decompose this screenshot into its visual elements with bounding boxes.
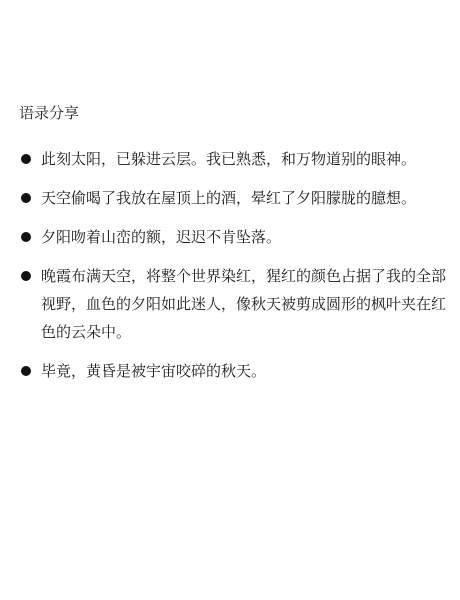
quote-item: 毕竟，黄昏是被宇宙咬碎的秋天。 <box>19 357 449 385</box>
quote-item: 晚霞布满天空，将整个世界染红，猩红的颜色占据了我的全部视野，血色的夕阳如此迷人，… <box>19 262 449 346</box>
quote-item: 天空偷喝了我放在屋顶上的酒，晕红了夕阳朦胧的臆想。 <box>19 184 449 212</box>
quote-item: 此刻太阳，已躲进云层。我已熟悉，和万物道别的眼神。 <box>19 145 449 173</box>
quote-list: 此刻太阳，已躲进云层。我已熟悉，和万物道别的眼神。 天空偷喝了我放在屋顶上的酒，… <box>19 145 449 396</box>
bullet-icon <box>21 232 31 242</box>
quote-text: 天空偷喝了我放在屋顶上的酒，晕红了夕阳朦胧的臆想。 <box>41 189 416 207</box>
bullet-icon <box>21 271 31 281</box>
quote-text: 此刻太阳，已躲进云层。我已熟悉，和万物道别的眼神。 <box>41 150 416 168</box>
bullet-icon <box>21 193 31 203</box>
quote-text: 夕阳吻着山峦的额，迟迟不肯坠落。 <box>41 228 281 246</box>
quote-text: 毕竟，黄昏是被宇宙咬碎的秋天。 <box>41 362 266 380</box>
bullet-icon <box>21 154 31 164</box>
quote-item: 夕阳吻着山峦的额，迟迟不肯坠落。 <box>19 223 449 251</box>
section-title: 语录分享 <box>19 102 79 123</box>
quote-text: 晚霞布满天空，将整个世界染红，猩红的颜色占据了我的全部视野，血色的夕阳如此迷人，… <box>41 267 446 341</box>
bullet-icon <box>21 366 31 376</box>
